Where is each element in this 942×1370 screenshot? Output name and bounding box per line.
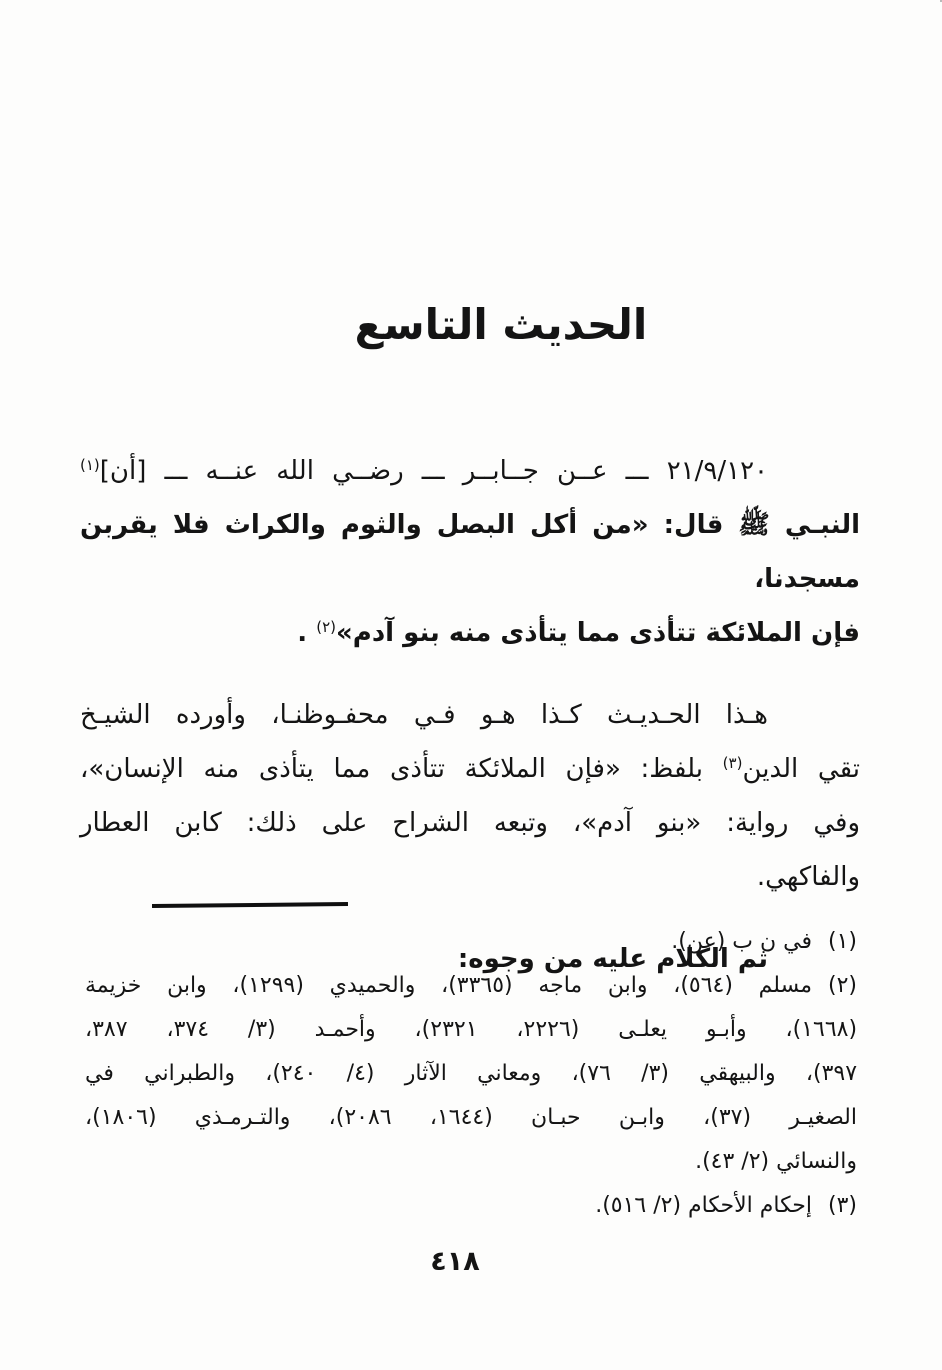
footnote-3: (٣)إحكام الأحكام (٢/ ٥١٦). — [85, 1184, 857, 1228]
footnote-2-line-3: ٣٩٧)، والبيهقي (٣/ ٧٦)، ومعاني الآثار (٤… — [85, 1052, 857, 1096]
hadith-paragraph: ٢١/٩/١٢٠ ـــ عــن جــابــر ـــ رضــي الل… — [80, 444, 860, 660]
footnote-2-line-5: والنسائي (٢/ ٤٣). — [85, 1140, 857, 1184]
hadith-matn-line-2: فإن الملائكة تتأذى مما يتأذى منه بنو آدم… — [80, 606, 860, 660]
footnote-1-text: في ن ب (عن). — [671, 929, 812, 954]
commentary-line-1: هـذا الحـديـث كـذا هـو فـي محفـوظنـا، وأ… — [80, 688, 860, 742]
hadith-isnad-text: ٢١/٩/١٢٠ ـــ عــن جــابــر ـــ رضــي الل… — [100, 456, 768, 486]
hadith-isnad-line: ٢١/٩/١٢٠ ـــ عــن جــابــر ـــ رضــي الل… — [80, 444, 860, 498]
commentary-line-4: والفاكهي. — [80, 850, 860, 904]
commentary-line-2-post: بلفظ: «فإن الملائكة تتأذى مما يتأذى منه … — [80, 754, 723, 784]
book-page: الحديث التاسع ٢١/٩/١٢٠ ـــ عــن جــابــر… — [0, 0, 942, 1370]
commentary-paragraph: هـذا الحـديـث كـذا هـو فـي محفـوظنـا، وأ… — [80, 688, 860, 904]
footnote-2-line-1: (٢)مسلم (٥٦٤)، وابن ماجه (٣٣٦٥)، والحميد… — [85, 964, 857, 1008]
footnote-ref-2: (٢) — [316, 618, 336, 636]
commentary-line-3: وفي رواية: «بنو آدم»، وتبعه الشراح على ذ… — [80, 796, 860, 850]
footnote-1-marker: (١) — [828, 929, 857, 954]
footnote-2-marker: (٢) — [828, 973, 857, 998]
hadith-matn-line-1: النبـي ﷺ قال: «من أكل البصل والثوم والكر… — [80, 498, 860, 606]
footnote-3-text: إحكام الأحكام (٢/ ٥١٦). — [595, 1193, 812, 1218]
footnotes-section: (١)في ن ب (عن). (٢)مسلم (٥٦٤)، وابن ماجه… — [85, 920, 857, 1228]
commentary-line-2: تقي الدين(٣) بلفظ: «فإن الملائكة تتأذى م… — [80, 742, 860, 796]
hadith-matn-text: فإن الملائكة تتأذى مما يتأذى منه بنو آدم… — [336, 618, 860, 648]
footnote-3-marker: (٣) — [828, 1193, 857, 1218]
footnote-1: (١)في ن ب (عن). — [85, 920, 857, 964]
footnote-2: (٢)مسلم (٥٦٤)، وابن ماجه (٣٣٦٥)، والحميد… — [85, 964, 857, 1184]
commentary-line-2-pre: تقي الدين — [742, 754, 860, 784]
hadith-matn-period: . — [297, 618, 316, 648]
footnote-ref-3: (٣) — [723, 754, 743, 772]
footnote-2-line-2: (١٦٦٨)، وأبـو يعلـى (٢٢٢٦، ٢٣٢١)، وأحمـد… — [85, 1008, 857, 1052]
page-number: ٤١٨ — [0, 1246, 926, 1277]
footnote-2-text-1: مسلم (٥٦٤)، وابن ماجه (٣٣٦٥)، والحميدي (… — [85, 973, 812, 998]
footnote-2-line-4: الصغيـر (٣٧)، وابـن حبـان (١٦٤٤، ٢٠٨٦)، … — [85, 1096, 857, 1140]
page-title: الحديث التاسع — [30, 300, 942, 349]
footnote-ref-1: (١) — [80, 456, 100, 474]
